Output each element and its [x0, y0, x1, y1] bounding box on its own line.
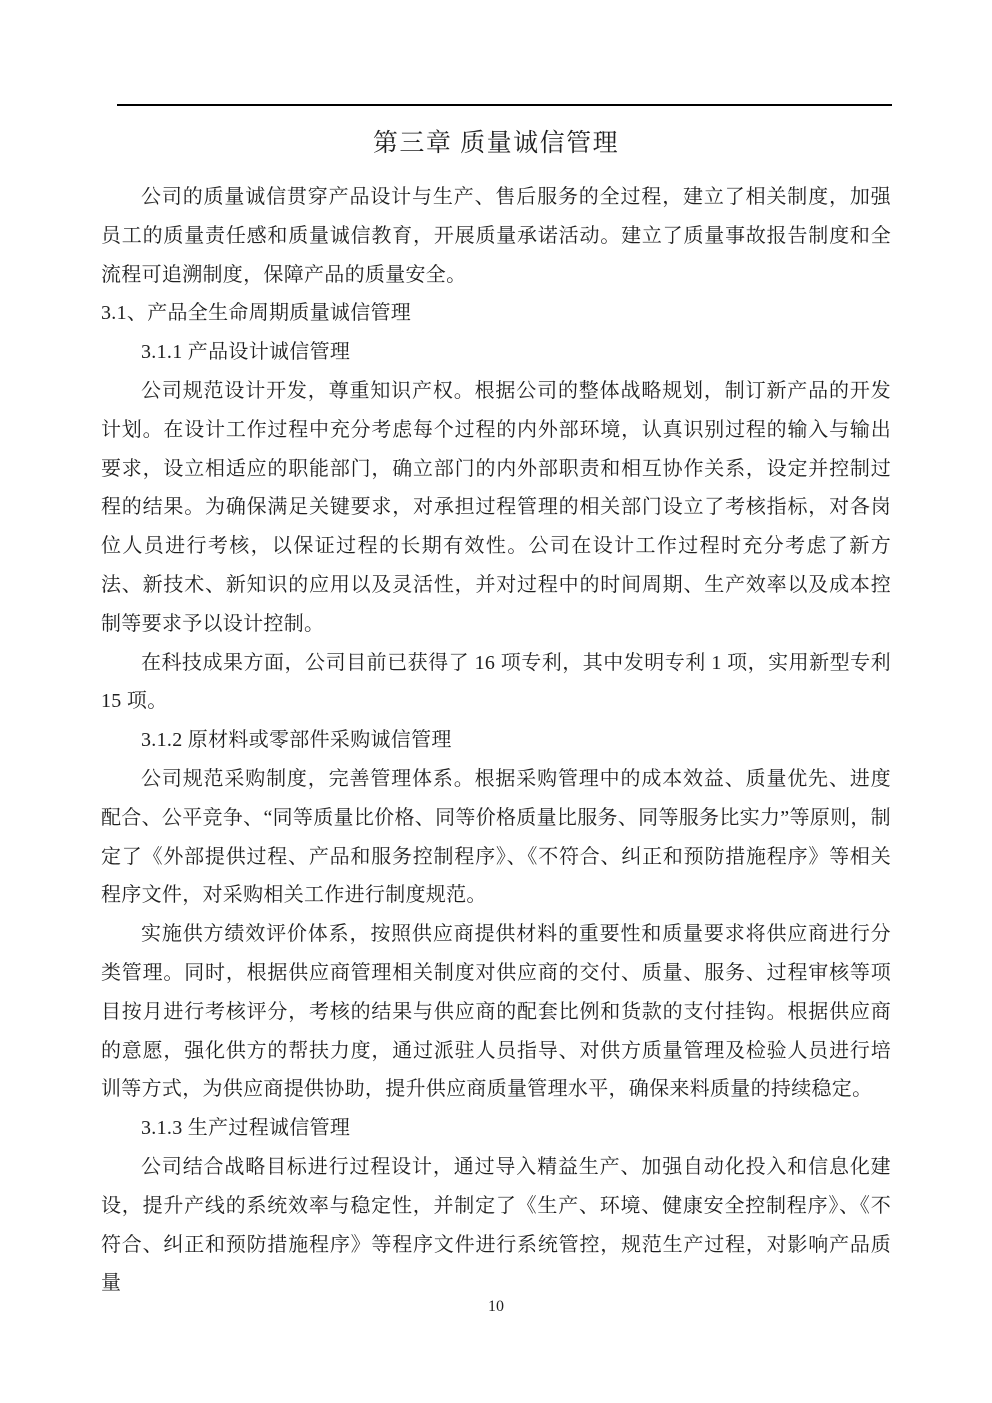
document-page: 第三章 质量诚信管理 公司的质量诚信贯穿产品设计与生产、售后服务的全过程，建立了…: [0, 0, 992, 1403]
section-heading: 3.1.2 原材料或零部件采购诚信管理: [101, 721, 891, 760]
body-paragraph: 公司结合战略目标进行过程设计，通过导入精益生产、加强自动化投入和信息化建设，提升…: [101, 1148, 891, 1303]
section-heading: 3.1、产品全生命周期质量诚信管理: [101, 294, 891, 333]
section-heading: 3.1.3 生产过程诚信管理: [101, 1109, 891, 1148]
body-paragraph: 公司规范设计开发，尊重知识产权。根据公司的整体战略规划，制订新产品的开发计划。在…: [101, 372, 891, 644]
page-number: 10: [0, 1296, 992, 1318]
header-rule: [117, 104, 892, 106]
body-paragraph: 在科技成果方面，公司目前已获得了 16 项专利，其中发明专利 1 项，实用新型专…: [101, 644, 891, 722]
section-heading: 3.1.1 产品设计诚信管理: [101, 333, 891, 372]
document-body: 公司的质量诚信贯穿产品设计与生产、售后服务的全过程，建立了相关制度，加强员工的质…: [101, 178, 891, 1303]
body-paragraph: 实施供方绩效评价体系，按照供应商提供材料的重要性和质量要求将供应商进行分类管理。…: [101, 915, 891, 1109]
body-paragraph: 公司规范采购制度，完善管理体系。根据采购管理中的成本效益、质量优先、进度配合、公…: [101, 760, 891, 915]
chapter-title: 第三章 质量诚信管理: [101, 123, 891, 165]
body-paragraph: 公司的质量诚信贯穿产品设计与生产、售后服务的全过程，建立了相关制度，加强员工的质…: [101, 178, 891, 294]
